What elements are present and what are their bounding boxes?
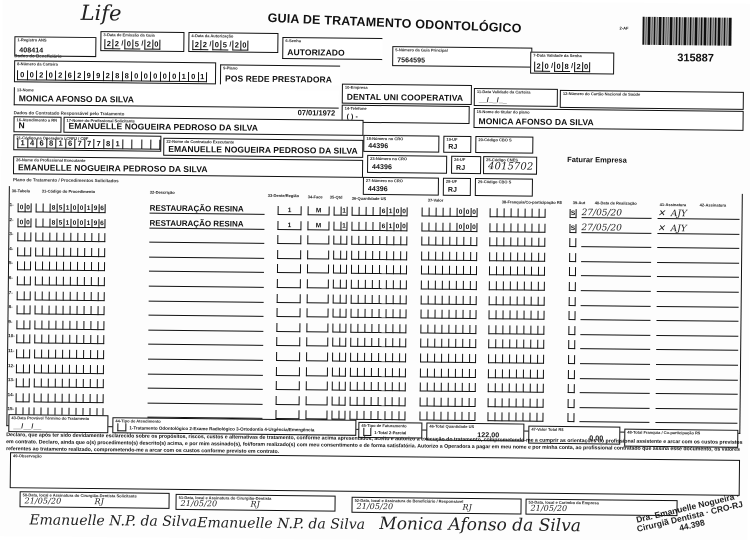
face-cell <box>306 308 328 317</box>
qtd-cells <box>333 236 347 245</box>
digit-cell: 6 <box>64 71 74 81</box>
face-cell <box>306 338 328 347</box>
guia-principal-field[interactable]: 5-Número da Guia Principal 7564595 <box>392 46 532 67</box>
tipo-atendimento-checkbox[interactable] <box>117 423 126 431</box>
prev-termino-field[interactable]: 43-Data Provável Término do Tratamento _… <box>8 414 108 433</box>
digit-cell: 5 <box>132 39 140 49</box>
contratado-executante-field[interactable]: 22-Nome do Contratado Executante EMANUEL… <box>163 138 363 158</box>
qtd-cells <box>333 280 347 289</box>
valor-cells <box>420 339 476 349</box>
us-cells <box>350 309 406 319</box>
signature-box-solicitante[interactable]: 50-Data, local e Assinatura do Cirurgião… <box>19 491 169 509</box>
tabela-cells <box>16 349 30 358</box>
digit-cell <box>141 140 151 150</box>
tabela-cells: 00 <box>17 218 31 227</box>
codigo-cells <box>35 262 105 272</box>
qtd-cells: 1 <box>334 207 348 216</box>
assinatura-line <box>656 311 738 322</box>
row-number: 1- <box>10 202 14 207</box>
valor-cells <box>420 397 476 407</box>
aut-cell <box>569 282 576 291</box>
us-cells: 6100 <box>351 221 407 231</box>
digit-cell: 2 <box>104 39 112 49</box>
data-nascimento: 07/01/1972 <box>298 108 336 117</box>
data-realizacao <box>580 369 650 380</box>
digit-cell: 0 <box>17 70 27 80</box>
qtd-cells <box>333 294 347 303</box>
descricao <box>148 364 263 375</box>
franquia-cells <box>489 267 545 277</box>
cartao-nacional-field[interactable]: 12-Número do Cartão Nacional de Saúde <box>560 90 744 110</box>
franquia-cells <box>488 325 544 335</box>
us-cells <box>351 294 407 304</box>
plano-field[interactable]: 9-Plano POS REDE PRESTADORA <box>220 64 340 85</box>
codigo-cells <box>34 393 104 403</box>
descricao <box>148 335 263 346</box>
aut-cell <box>568 355 575 364</box>
tabela-cells <box>16 393 30 402</box>
digit-cell: 4 <box>27 138 37 148</box>
digit-cell: 2 <box>74 71 84 81</box>
empresa-field[interactable]: 10-Empresa DENTAL UNI COOPERATIVA <box>342 84 472 105</box>
tabela-cells <box>16 364 30 373</box>
digit-cell: 2 <box>144 40 152 50</box>
digit-cell: 0 <box>169 72 179 82</box>
signature-solicitante: Emanuelle N.P. da Silva <box>29 512 197 530</box>
face-cell <box>307 265 329 274</box>
data-realizacao <box>580 383 650 394</box>
signature-box-dentista[interactable]: 51-Data, local e Assinatura do Cirurgião… <box>175 494 335 512</box>
franquia-cells <box>487 413 543 423</box>
digit-cell: 6 <box>65 139 75 149</box>
dental-treatment-form: Life GUIA DE TRATAMENTO ODONTOLÓGICO 2-A… <box>0 0 750 540</box>
aut-cell: S <box>569 224 576 233</box>
tipo-faturamento-checkbox[interactable] <box>363 428 371 436</box>
face-cell <box>307 235 329 244</box>
form-code: 2-AF <box>620 26 629 31</box>
dente-cell <box>277 294 301 303</box>
digit-cell: 8 <box>562 62 570 72</box>
tabela-cells <box>17 247 31 256</box>
data-realizacao: 27/05/20 <box>582 208 652 219</box>
digit-cell: 1 <box>197 72 207 82</box>
valor-cells <box>421 295 477 305</box>
us-cells <box>351 280 407 290</box>
franquia-cells <box>488 354 544 364</box>
assinatura-line <box>657 238 739 249</box>
digit-cell: 7 <box>74 139 84 149</box>
aut-cell <box>568 370 575 379</box>
valor-cells <box>420 353 476 363</box>
data-realizacao <box>581 281 651 292</box>
aut-cell <box>568 326 575 335</box>
data-realizacao <box>581 296 651 307</box>
face-cell <box>306 352 328 361</box>
us-cells <box>350 353 406 363</box>
us-cells <box>351 265 407 275</box>
digit-cell: 2 <box>112 39 120 49</box>
senha-field[interactable]: 6-Senha AUTORIZADO <box>282 37 382 60</box>
company-stamp: Dra. Emanuelle Nogueira · Cirurgiã Denti… <box>631 490 749 540</box>
data-realizacao <box>580 354 650 365</box>
form-title: GUIA DE TRATAMENTO ODONTOLÓGICO <box>267 11 521 36</box>
cro-solicitante-field[interactable]: 18-Número no CRO 44396 <box>363 135 439 153</box>
descricao <box>148 320 263 331</box>
assinatura-line <box>657 297 739 308</box>
data-emissao-field[interactable]: 3-Data de Emissão da Guia 22/05/20 <box>100 31 184 52</box>
dente-cell: 1 <box>278 206 302 215</box>
dente-cell <box>276 396 300 405</box>
dente-cell <box>277 250 301 259</box>
qtd-cells <box>332 382 346 391</box>
dente-cell <box>276 352 300 361</box>
dente-cell <box>276 367 300 376</box>
digit-cell: 2 <box>192 40 200 50</box>
row-number: 2- <box>9 217 13 222</box>
tabela-cells <box>17 291 31 300</box>
row-number: 8- <box>9 304 13 309</box>
digit-cell: 1 <box>17 138 27 148</box>
tabela-cells <box>17 276 31 285</box>
digit-cell: 1 <box>178 72 188 82</box>
cro-contratado-field[interactable]: 23-Número no CRO 44396 <box>367 155 447 174</box>
franquia-cells <box>488 398 544 408</box>
tabela-cells <box>17 232 31 241</box>
us-cells <box>349 411 405 421</box>
faturar-empresa-note: Faturar Empresa <box>567 155 627 165</box>
aut-cell <box>569 267 576 276</box>
descricao <box>149 262 264 273</box>
valor-cells <box>420 383 476 393</box>
us-cells <box>350 338 406 348</box>
digit-cell: 0 <box>188 72 198 82</box>
row-number: 7- <box>9 290 13 295</box>
assinatura-line <box>656 370 738 381</box>
data-realizacao <box>580 325 650 336</box>
aut-cell <box>568 340 575 349</box>
row-number: 14- <box>8 392 15 397</box>
digit-cell: 0 <box>240 41 248 51</box>
row-number: 15- <box>7 407 14 412</box>
codigo-cells <box>34 364 104 374</box>
valor-cells <box>421 280 477 290</box>
codigo-cells <box>35 291 105 301</box>
assinatura-line <box>656 326 738 337</box>
descricao <box>149 306 264 317</box>
assinatura-line <box>656 340 738 351</box>
franquia-cells <box>489 252 545 262</box>
tabela-cells <box>16 335 30 344</box>
digit-cell: 7 <box>84 139 94 149</box>
codigo-cells <box>35 306 105 316</box>
valor-cells <box>421 237 477 247</box>
valor-cells <box>421 251 477 261</box>
descricao <box>148 393 263 404</box>
digit-cell: 0 <box>542 62 550 72</box>
descricao <box>149 233 264 244</box>
valor-cells <box>419 412 475 422</box>
row-number: 9- <box>8 319 12 324</box>
digit-cell: 0 <box>582 62 590 72</box>
dente-cell <box>276 381 300 390</box>
validade-senha-field[interactable]: 7-Data Validade da Senha 20/08/20 <box>530 52 614 75</box>
nome-field[interactable]: 13-Nome MONICA AFONSO DA SILVA <box>14 87 339 108</box>
valor-cells <box>420 368 476 378</box>
validade-carteira-field[interactable]: 11-Data Validade da Carteira __/__/__ <box>474 88 558 107</box>
qtd-cells <box>332 396 346 405</box>
franquia-cells <box>488 340 544 350</box>
descricao <box>149 277 264 288</box>
digit-cell: 9 <box>83 71 93 81</box>
face-cell <box>306 381 328 390</box>
dente-cell <box>277 235 301 244</box>
tabela-cells <box>16 320 30 329</box>
digit-cell: 0 <box>140 72 150 82</box>
barcode <box>642 17 742 46</box>
codigo-cells <box>34 320 104 330</box>
section-plano-tratamento: Plano de Tratamento / Procedimentos Soli… <box>13 177 119 183</box>
digit-cell: 2 <box>534 62 542 72</box>
digit-cell: 6 <box>36 138 46 148</box>
qtd-cells <box>332 338 346 347</box>
digit-cell: 0 <box>26 70 36 80</box>
aut-cell <box>569 297 576 306</box>
row-number: 4- <box>9 246 13 251</box>
digit-cell: 8 <box>46 139 56 149</box>
digit-cell: 8 <box>112 71 122 81</box>
dente-cell <box>277 279 301 288</box>
us-cells <box>351 236 407 246</box>
assinatura-line <box>657 267 739 278</box>
codigo-operadora-field[interactable]: 21-Código na Operadora / CNPJ / CPF 1468… <box>13 134 161 152</box>
franquia-cells <box>488 383 544 393</box>
row-number: 13- <box>8 377 15 382</box>
digit-cell: 0 <box>150 72 160 82</box>
digit-cell: 1 <box>112 139 122 149</box>
cbo-solicitante-field[interactable]: 20-Código CBO S <box>475 136 533 154</box>
digit-cell <box>131 139 141 149</box>
codigo-cells: 85100196 <box>36 203 106 213</box>
life-logo: Life <box>81 1 122 25</box>
row-number: 5- <box>9 261 13 266</box>
digit-cell: 0 <box>124 39 132 49</box>
data-realizacao <box>580 340 650 351</box>
data-realizacao <box>581 267 651 278</box>
assinatura-line: ✕ AJY <box>657 224 739 235</box>
tabela-cells: 00 <box>18 203 32 212</box>
digit-cell: 0 <box>212 40 220 50</box>
dente-cell: 1 <box>277 221 301 230</box>
section-beneficiario: Dados do Beneficiário <box>14 53 62 58</box>
franquia-cells <box>489 281 545 291</box>
franquia-cells <box>490 208 546 218</box>
row-number: 6- <box>9 275 13 280</box>
digit-cell: 0 <box>152 40 160 50</box>
face-cell <box>307 294 329 303</box>
assinatura-line: ✕ AJY <box>658 209 740 220</box>
digit-cell: 2 <box>55 71 65 81</box>
digit-cell <box>122 139 132 149</box>
digit-cell: 0 <box>131 71 141 81</box>
qtd-cells <box>333 250 347 259</box>
valor-cells <box>420 324 476 334</box>
tabela-cells <box>16 378 30 387</box>
titular-field[interactable]: 15-Nome do titular do plano MONICA AFONS… <box>473 108 743 131</box>
us-cells <box>350 367 406 377</box>
cnes-field[interactable]: 25-Código CNES 4015702 <box>483 156 537 175</box>
codigo-cells <box>35 247 105 257</box>
franquia-cells <box>488 369 544 379</box>
qtd-cells <box>332 309 346 318</box>
face-cell <box>307 250 329 259</box>
data-realizacao <box>581 237 651 248</box>
valor-cells: 000 <box>421 222 477 232</box>
assinatura-line <box>655 413 737 424</box>
dente-cell <box>276 323 300 332</box>
franquia-cells <box>489 223 545 233</box>
dente-cell <box>277 264 301 273</box>
row-number: 12- <box>8 363 15 368</box>
row-number: 10- <box>8 334 15 339</box>
codigo-cells <box>34 349 104 359</box>
face-cell: M <box>308 206 330 215</box>
codigo-cells <box>34 379 104 389</box>
assinatura-line <box>656 384 738 395</box>
row-number: 11- <box>8 348 14 353</box>
descricao <box>148 350 263 361</box>
digit-cell <box>150 140 160 150</box>
codigo-cells <box>34 335 104 345</box>
codigo-cells <box>35 276 105 286</box>
descricao: RESTAURAÇÃO RESINA <box>150 204 265 215</box>
barcode-number: 315887 <box>677 52 714 64</box>
digit-cell: 8 <box>121 71 131 81</box>
qtd-cells <box>332 367 346 376</box>
franquia-cells <box>489 237 545 247</box>
us-cells <box>350 382 406 392</box>
digit-cell: 8 <box>103 139 113 149</box>
franquia-cells <box>488 310 544 320</box>
us-cells <box>351 251 407 261</box>
codigo-cells: 85100196 <box>35 218 105 228</box>
face-cell <box>306 323 328 332</box>
observacao-field[interactable]: 49-Observação <box>10 452 740 496</box>
franquia-cells <box>489 296 545 306</box>
aut-cell <box>567 413 574 422</box>
descricao <box>148 379 263 390</box>
data-realizacao <box>581 252 651 263</box>
digit-cell: 9 <box>93 71 103 81</box>
tabela-cells <box>17 262 31 271</box>
aut-cell: S <box>570 209 577 218</box>
assinatura-line <box>657 282 739 293</box>
digit-cell: 1 <box>55 139 65 149</box>
digit-cell: 2 <box>232 40 240 50</box>
data-realizacao <box>579 413 649 424</box>
valor-cells: 000 <box>422 207 478 217</box>
data-realizacao <box>580 310 650 321</box>
aut-cell <box>568 311 575 320</box>
valor-cells <box>420 310 476 320</box>
qtd-cells: 1 <box>333 221 347 230</box>
us-cells <box>350 397 406 407</box>
qtd-cells <box>333 265 347 274</box>
face-cell <box>307 279 329 288</box>
profissional-solicitante-field[interactable]: 17-Nome do Profissional Solicitante EMAN… <box>63 117 363 136</box>
descricao: RESTAURAÇÃO RESINA <box>149 218 264 229</box>
aut-cell <box>568 399 575 408</box>
digit-cell: 0 <box>554 62 562 72</box>
assinatura-line <box>656 399 738 410</box>
digit-cell: 2 <box>102 71 112 81</box>
descricao <box>149 247 264 258</box>
us-cells: 6100 <box>352 207 408 217</box>
aut-cell <box>569 238 576 247</box>
data-emissao-digits: 22/05/20 <box>104 39 160 50</box>
digit-cell: 2 <box>574 62 582 72</box>
descricao <box>149 291 264 302</box>
us-cells <box>350 324 406 334</box>
dente-cell <box>277 308 301 317</box>
digit-cell: 7 <box>93 139 103 149</box>
digit-cell: 5 <box>220 40 228 50</box>
digit-cell: 2 <box>200 40 208 50</box>
digit-cell: 2 <box>36 70 46 80</box>
qtd-cells <box>332 353 346 362</box>
codigo-cells <box>35 233 105 243</box>
signature-beneficiario: Monica Afonso da Silva <box>379 514 581 536</box>
row-number: 3- <box>9 231 13 236</box>
data-realizacao: 27/05/20 <box>581 223 651 234</box>
uf-solicitante-field[interactable]: 19-UF RJ <box>443 136 471 153</box>
atendimento-rn-field[interactable]: 16-Atendimento a RN N <box>13 116 61 133</box>
signature-dentista: Emanuelle N.P. da Silva <box>197 515 365 533</box>
face-cell: M <box>307 221 329 230</box>
aut-cell <box>569 253 576 262</box>
dente-cell <box>276 337 300 346</box>
qtd-cells <box>332 323 346 332</box>
face-cell <box>306 367 328 376</box>
assinatura-line <box>657 253 739 264</box>
data-autorizacao-field[interactable]: 4-Data da Autorização 22/05/20 <box>188 32 278 53</box>
uf-contratado-field[interactable]: 24-UF RJ <box>451 156 481 174</box>
profissional-executante-field[interactable]: 26-Nome do Profissional Executante EMANU… <box>13 156 363 178</box>
digit-cell: 0 <box>45 71 55 81</box>
aut-cell <box>568 384 575 393</box>
assinatura-line <box>656 355 738 366</box>
signature-box-beneficiario[interactable]: 52-Data, local e Assinatura do Beneficiá… <box>351 497 521 515</box>
face-cell <box>306 396 328 405</box>
procedures-table: 30-Tabela 31-Código do Procedimento 32-D… <box>6 186 742 434</box>
digit-cell: 0 <box>159 72 169 82</box>
data-realizacao <box>580 398 650 409</box>
numero-carteira-field[interactable]: 8-Número da Carteira 0020262992880000010… <box>14 60 216 84</box>
valor-cells <box>421 266 477 276</box>
tabela-cells <box>17 305 31 314</box>
